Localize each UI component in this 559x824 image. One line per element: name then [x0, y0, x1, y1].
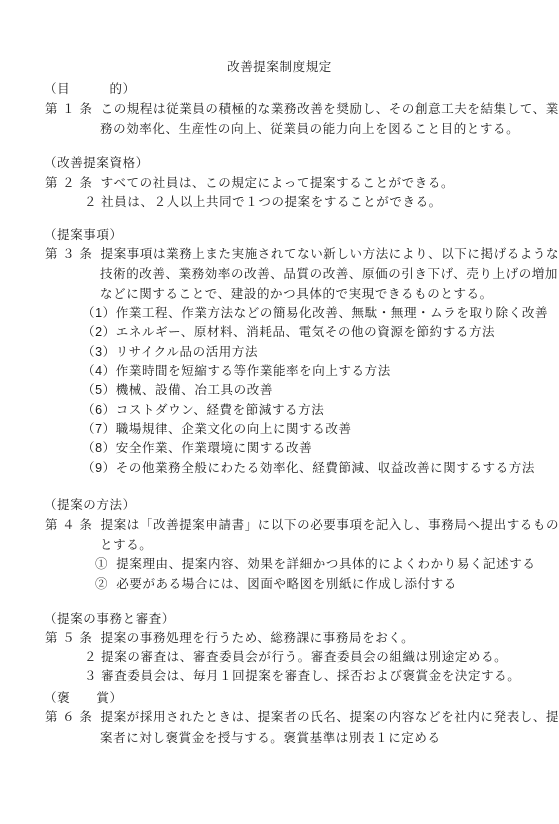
article-3-item-2: （2）エネルギー、原材料、消耗品、電気その他の資源を節約する方法: [82, 325, 495, 339]
article-5-paragraph-2: ２ 提案の審査は、審査委員会が行う。審査委員会の組織は別途定める。: [84, 650, 507, 664]
article-2-paragraph-2: ２ 社員は、２人以上共同で１つの提案をすることができる。: [84, 195, 442, 209]
article-3-line-3: などに関することで、建設的かつ具体的で実現できるものとする。: [100, 287, 493, 301]
article-5-line-1: 第 ５ 条 提案の事務処理を行うため、総務課に事務局をおく。: [45, 631, 414, 645]
section-heading-purpose: （目 的）: [44, 82, 136, 96]
document-page: 改善提案制度規定 （目 的） 第 １ 条 この規程は従業員の積極的な業務改善を奨…: [0, 0, 559, 824]
article-6-line-2: 案者に対し褒賞金を授与する。褒賞基準は別表１に定める: [100, 731, 441, 745]
article-3-item-9: （9）その他業務全般にわたる効率化、経費節減、収益改善に関するする方法: [82, 461, 535, 475]
article-2-line-1: 第 ２ 条 すべての社員は、この規定によって提案することができる。: [45, 176, 454, 190]
article-3-line-2: 技術的改善、業務効率の改善、品質の改善、原価の引き下げ、売り上げの増加: [100, 267, 558, 281]
article-4-line-2: とする。: [100, 538, 152, 552]
section-heading-proposal-items: （提案事項）: [44, 228, 123, 242]
section-heading-reward: （褒 賞）: [44, 691, 123, 705]
article-3-item-1: （1）作業工程、作業方法などの簡易化改善、無駄・無理・ムラを取り除く改善: [82, 306, 548, 320]
section-heading-proposal-method: （提案の方法）: [44, 498, 136, 512]
article-4-note-1: ① 提案理由、提案内容、効果を詳細かつ具体的によくわかり易く記述する: [95, 557, 535, 571]
article-6-line-1: 第 ６ 条 提案が採用されたときは、提案者の氏名、提案の内容などを社内に発表し、…: [45, 710, 559, 724]
article-1-line-2: 務の効率化、生産性の向上、従業員の能力向上を図ること目的とする。: [100, 122, 519, 136]
article-3-item-3: （3）リサイクル品の活用方法: [82, 345, 258, 359]
article-3-line-1: 第 ３ 条 提案事項は業務上また実施されてない新しい方法により、以下に掲げるよう…: [45, 247, 559, 261]
article-1-line-1: 第 １ 条 この規程は従業員の積極的な業務改善を奨励し、その創意工夫を結集して、…: [45, 102, 559, 116]
article-3-item-5: （5）機械、設備、冶工具の改善: [82, 383, 273, 397]
article-3-item-4: （4）作業時間を短縮する等作業能率を向上する方法: [82, 364, 391, 378]
article-3-item-7: （7）職場規律、企業文化の向上に関する改善: [82, 422, 352, 436]
section-heading-administration-review: （提案の事務と審査）: [44, 612, 175, 626]
article-3-item-8: （8）安全作業、作業環境に関する改善: [82, 441, 312, 455]
section-heading-eligibility: （改善提案資格）: [44, 156, 149, 170]
article-4-note-2: ② 必要がある場合には、図面や略図を別紙に作成し添付する: [95, 577, 457, 591]
document-title: 改善提案制度規定: [0, 60, 559, 74]
article-4-line-1: 第 ４ 条 提案は「改善提案申請書」に以下の必要事項を記入し、事務局へ提出するも…: [45, 518, 559, 532]
article-3-item-6: （6）コストダウン、経費を節減する方法: [82, 403, 324, 417]
article-5-paragraph-3: ３ 審査委員会は、毎月１回提案を審査し、採否および褒賞金を決定する。: [84, 669, 520, 683]
